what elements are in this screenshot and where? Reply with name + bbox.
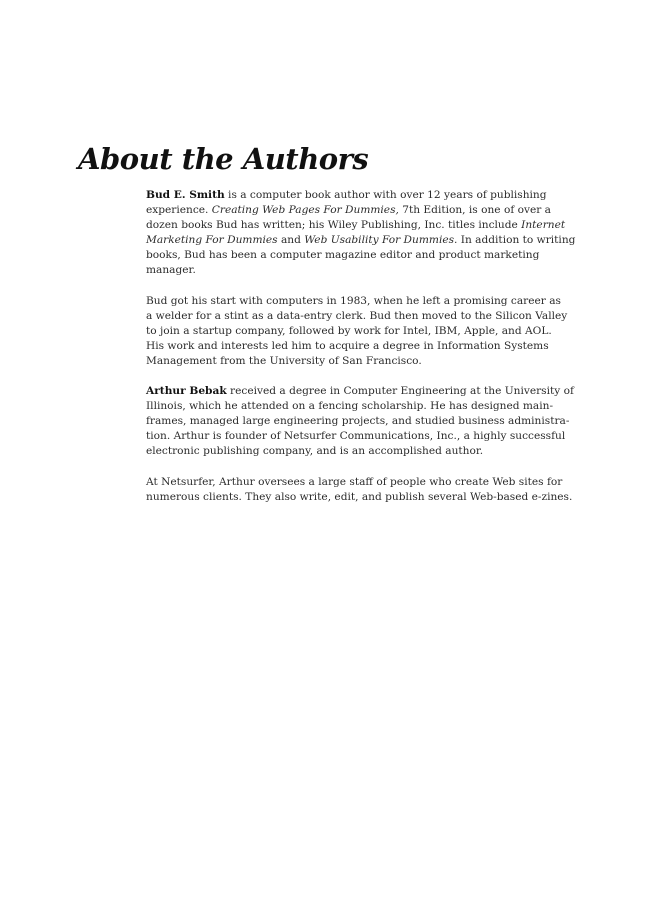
page-title: About the Authors: [78, 141, 368, 177]
paragraph-arthur-bebak-bio: Arthur Bebak received a degree in Comput…: [146, 384, 606, 459]
document-page: About the Authors Bud E. Smith is a comp…: [0, 0, 660, 900]
author-name-arthur-bebak: Arthur Bebak: [146, 385, 227, 397]
body-text: Bud E. Smith is a computer book author w…: [146, 188, 606, 520]
book-title: Marketing For Dummies: [146, 234, 278, 246]
paragraph-arthur-bebak-netsurfer: At Netsurfer, Arthur oversees a large st…: [146, 475, 606, 505]
book-title: Internet: [521, 219, 565, 231]
paragraph-bud-smith-career: Bud got his start with computers in 1983…: [146, 294, 606, 369]
book-title: Creating Web Pages For Dummies,: [212, 204, 399, 216]
paragraph-bud-smith-bio: Bud E. Smith is a computer book author w…: [146, 188, 606, 279]
author-name-bud-smith: Bud E. Smith: [146, 189, 225, 201]
book-title: Web Usability For Dummies.: [304, 234, 457, 246]
